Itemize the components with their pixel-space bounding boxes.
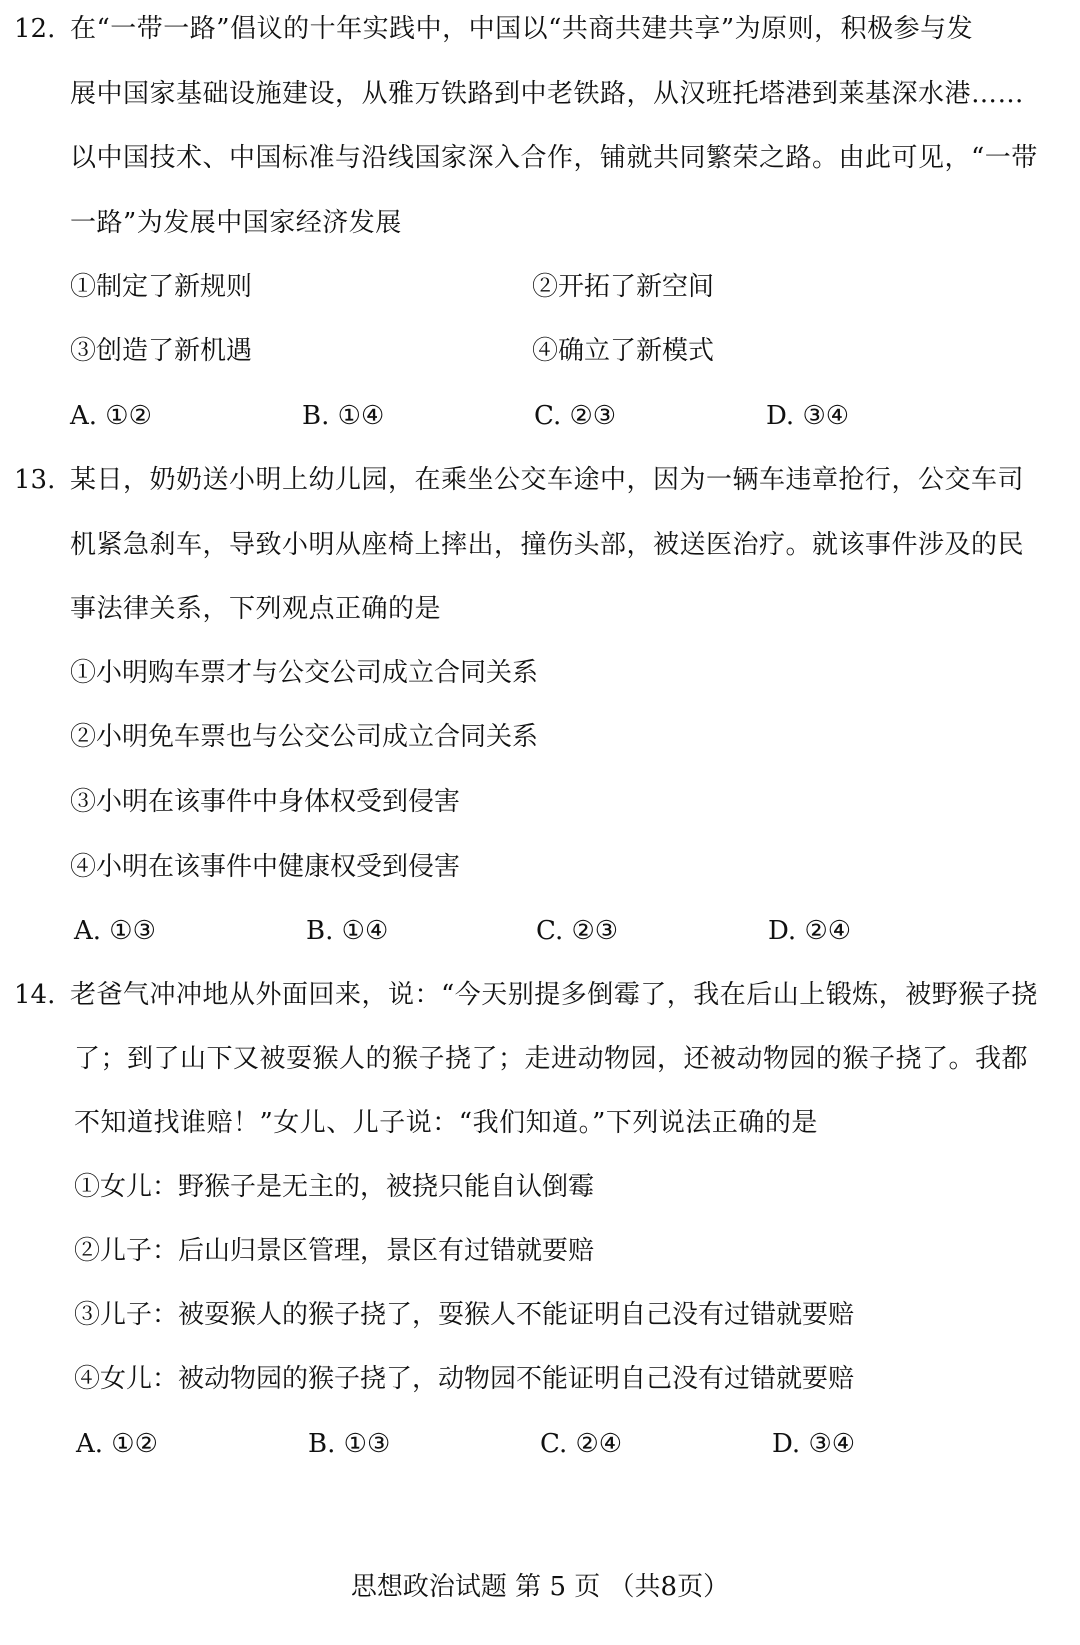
statement-option: ④女儿：被动物园的猴子挠了，动物园不能证明自己没有过错就要赔 — [74, 1362, 854, 1396]
answer-choice-c[interactable]: C. ②③ — [536, 914, 618, 948]
statement-option: ②开拓了新空间 — [532, 270, 714, 304]
page-footer: 思想政治试题 第 5 页 （共8页） — [0, 1570, 1080, 1604]
question-stem-line: 机紧急刹车，导致小明从座椅上摔出，撞伤头部，被送医治疗。就该事件涉及的民 — [70, 528, 1024, 562]
answer-choice-a[interactable]: A. ①② — [76, 1427, 158, 1461]
statement-option: ①女儿：野猴子是无主的，被挠只能自认倒霉 — [74, 1170, 594, 1204]
answer-choice-b[interactable]: B. ①④ — [302, 399, 384, 433]
question-stem-line: 不知道找谁赔！”女儿、儿子说：“我们知道。”下列说法正确的是 — [74, 1106, 818, 1140]
answer-choice-b[interactable]: B. ①④ — [306, 914, 388, 948]
question-stem-line: 事法律关系，下列观点正确的是 — [70, 592, 441, 626]
statement-option: ④确立了新模式 — [532, 334, 714, 368]
answer-choice-c[interactable]: C. ②③ — [534, 399, 616, 433]
answer-choice-a[interactable]: A. ①② — [70, 399, 152, 433]
question-number: 13. — [14, 463, 55, 497]
answer-choice-a[interactable]: A. ①③ — [74, 914, 156, 948]
question-stem-line: 了；到了山下又被耍猴人的猴子挠了；走进动物园，还被动物园的猴子挠了。我都 — [74, 1042, 1028, 1076]
statement-option: ②小明免车票也与公交公司成立合同关系 — [70, 720, 538, 754]
answer-choice-c[interactable]: C. ②④ — [540, 1427, 622, 1461]
answer-choice-d[interactable]: D. ②④ — [768, 914, 851, 948]
statement-option: ①小明购车票才与公交公司成立合同关系 — [70, 656, 538, 690]
question-stem-line: 以中国技术、中国标准与沿线国家深入合作，铺就共同繁荣之路。由此可见，“一带 — [70, 141, 1038, 175]
question-number: 14. — [14, 978, 55, 1012]
question-stem-line: 某日，奶奶送小明上幼儿园，在乘坐公交车途中，因为一辆车违章抢行，公交车司 — [70, 463, 1024, 497]
question-stem-line: 展中国家基础设施建设，从雅万铁路到中老铁路，从汉班托塔港到莱基深水港…… — [70, 77, 1024, 111]
question-stem-line: 一路”为发展中国家经济发展 — [70, 206, 402, 240]
answer-choice-d[interactable]: D. ③④ — [772, 1427, 855, 1461]
question-number: 12. — [14, 12, 55, 46]
statement-option: ③小明在该事件中身体权受到侵害 — [70, 785, 460, 819]
statement-option: ④小明在该事件中健康权受到侵害 — [70, 850, 460, 884]
statement-option: ①制定了新规则 — [70, 270, 252, 304]
question-stem-line: 老爸气冲冲地从外面回来，说：“今天别提多倒霉了，我在后山上锻炼，被野猴子挠 — [70, 978, 1038, 1012]
statement-option: ③创造了新机遇 — [70, 334, 252, 368]
answer-choice-d[interactable]: D. ③④ — [766, 399, 849, 433]
question-stem-line: 在“一带一路”倡议的十年实践中，中国以“共商共建共享”为原则，积极参与发 — [70, 12, 973, 46]
answer-choice-b[interactable]: B. ①③ — [308, 1427, 390, 1461]
statement-option: ②儿子：后山归景区管理，景区有过错就要赔 — [74, 1234, 594, 1268]
statement-option: ③儿子：被耍猴人的猴子挠了，耍猴人不能证明自己没有过错就要赔 — [74, 1298, 854, 1332]
